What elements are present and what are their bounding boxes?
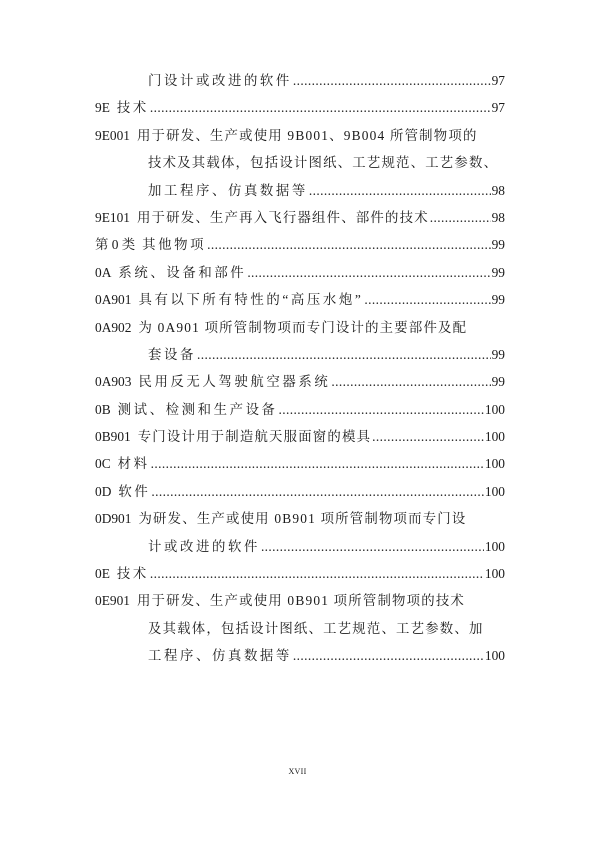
toc-entry-title: 及其载体，包括设计图纸、工艺规范、工艺参数、加 [148,615,505,642]
toc-entry[interactable]: 0B 测试、检测和生产设备 100 [95,396,505,423]
toc-entry-title: 工程序、仿真数据等 [148,642,292,669]
toc-entry-title: 套设备 [148,341,196,368]
toc-entry-title: 民用反无人驾驶航空器系统 [138,368,330,395]
toc-entry-title: 门设计或改进的软件 [148,67,292,94]
toc-entry-code: 0C [95,450,111,477]
page-number-footer: XVII [0,767,595,776]
toc-entry[interactable]: 0A902 为 0A901 项所管制物项而专门设计的主要部件及配 [95,314,505,341]
toc-entry-code: 0D901 [95,505,131,532]
toc-entry-page: 98 [492,177,505,204]
dot-leader [279,396,484,423]
toc-entry-page: 99 [492,259,505,286]
toc-entry-code: 0A902 [95,314,131,341]
toc-entry-title: 材料 [118,450,150,477]
toc-entry[interactable]: 0D901 为研发、生产或使用 0B901 项所管制物项而专门设 [95,505,505,532]
toc-entry-title: 加工程序、仿真数据等 [148,177,308,204]
toc-entry-page: 100 [485,423,505,450]
toc-entry-code: 0A [95,259,111,286]
dot-leader [150,94,491,121]
toc-entry-page: 99 [492,286,505,313]
toc-entry[interactable]: 0C 材料 100 [95,450,505,477]
table-of-contents: 门设计或改进的软件 97 9E 技术 97 9E001 用于研发、生产或使用 9… [95,67,505,670]
toc-entry[interactable]: 第 0 类 其他物项 99 [95,231,505,258]
toc-entry-continuation: 及其载体，包括设计图纸、工艺规范、工艺参数、加 [95,615,505,642]
toc-entry-page: 100 [485,533,505,560]
toc-entry[interactable]: 9E001 用于研发、生产或使用 9B001、9B004 所管制物项的 [95,122,505,149]
toc-entry[interactable]: 0E 技术 100 [95,560,505,587]
toc-entry-code: 0E [95,560,110,587]
toc-entry-title: 计或改进的软件 [148,533,260,560]
toc-entry-continuation[interactable]: 计或改进的软件 100 [95,533,505,560]
dot-leader [293,642,484,669]
toc-entry-code: 9E001 [95,122,130,149]
toc-entry-code: 9E101 [95,204,130,231]
toc-entry-page: 100 [485,478,505,505]
toc-entry[interactable]: 0E901 用于研发、生产或使用 0B901 项所管制物项的技术 [95,587,505,614]
dot-leader [430,204,491,231]
dot-leader [293,67,491,94]
dot-leader [197,341,491,368]
dot-leader [207,231,490,258]
toc-entry-page: 100 [485,560,505,587]
toc-entry-code: 第 0 类 [95,231,135,258]
toc-entry[interactable]: 9E 技术 97 [95,94,505,121]
toc-entry[interactable]: 0B901 专门设计用于制造航天服面窗的模具 100 [95,423,505,450]
toc-entry-title: 软件 [118,478,150,505]
toc-entry-continuation[interactable]: 工程序、仿真数据等 100 [95,642,505,669]
dot-leader [261,533,484,560]
toc-entry[interactable]: 0D 软件 100 [95,478,505,505]
toc-entry-title: 技术 [117,560,149,587]
toc-entry-code: 0B [95,396,111,423]
toc-entry-continuation[interactable]: 加工程序、仿真数据等 98 [95,177,505,204]
dot-leader [151,450,484,477]
toc-entry-title: 测试、检测和生产设备 [118,396,278,423]
toc-entry-title: 技术及其载体，包括设计图纸、工艺规范、工艺参数、 [148,149,505,176]
toc-entry-continuation[interactable]: 套设备 99 [95,341,505,368]
toc-entry-title: 技术 [117,94,149,121]
dot-leader [331,368,490,395]
dot-leader [372,423,484,450]
toc-entry-page: 97 [492,94,505,121]
toc-entry-code: 0E901 [95,587,130,614]
toc-entry-title: 用于研发、生产或使用 0B901 项所管制物项的技术 [137,587,505,614]
toc-entry-page: 98 [492,204,505,231]
toc-entry-title: 为 0A901 项所管制物项而专门设计的主要部件及配 [138,314,505,341]
toc-entry-title: 其他物项 [142,231,206,258]
toc-entry-title: 用于研发、生产再入飞行器组件、部件的技术 [137,204,429,231]
toc-entry-continuation: 技术及其载体，包括设计图纸、工艺规范、工艺参数、 [95,149,505,176]
toc-entry-page: 100 [485,642,505,669]
dot-leader [151,478,484,505]
toc-entry-page: 99 [492,341,505,368]
toc-entry-title: 专门设计用于制造航天服面窗的模具 [138,423,371,450]
toc-entry-title: 系统、设备和部件 [118,259,246,286]
toc-entry-title: 具有以下所有特性的“高压水炮” [138,286,363,313]
toc-entry-title: 为研发、生产或使用 0B901 项所管制物项而专门设 [138,505,505,532]
toc-entry[interactable]: 门设计或改进的软件 97 [95,67,505,94]
dot-leader [309,177,491,204]
toc-entry[interactable]: 0A 系统、设备和部件 99 [95,259,505,286]
toc-entry[interactable]: 0A903 民用反无人驾驶航空器系统 99 [95,368,505,395]
toc-entry-page: 100 [485,450,505,477]
toc-entry-code: 9E [95,94,110,121]
toc-entry-code: 0D [95,478,111,505]
dot-leader [364,286,490,313]
dot-leader [150,560,484,587]
toc-entry-code: 0A901 [95,286,131,313]
toc-entry-code: 0A903 [95,368,131,395]
toc-entry-page: 99 [492,368,505,395]
toc-entry-code: 0B901 [95,423,131,450]
toc-entry[interactable]: 0A901 具有以下所有特性的“高压水炮” 99 [95,286,505,313]
toc-entry-title: 用于研发、生产或使用 9B001、9B004 所管制物项的 [137,122,505,149]
toc-entry[interactable]: 9E101 用于研发、生产再入飞行器组件、部件的技术 98 [95,204,505,231]
toc-entry-page: 100 [485,396,505,423]
toc-entry-page: 97 [492,67,505,94]
toc-entry-page: 99 [492,231,505,258]
dot-leader [247,259,490,286]
